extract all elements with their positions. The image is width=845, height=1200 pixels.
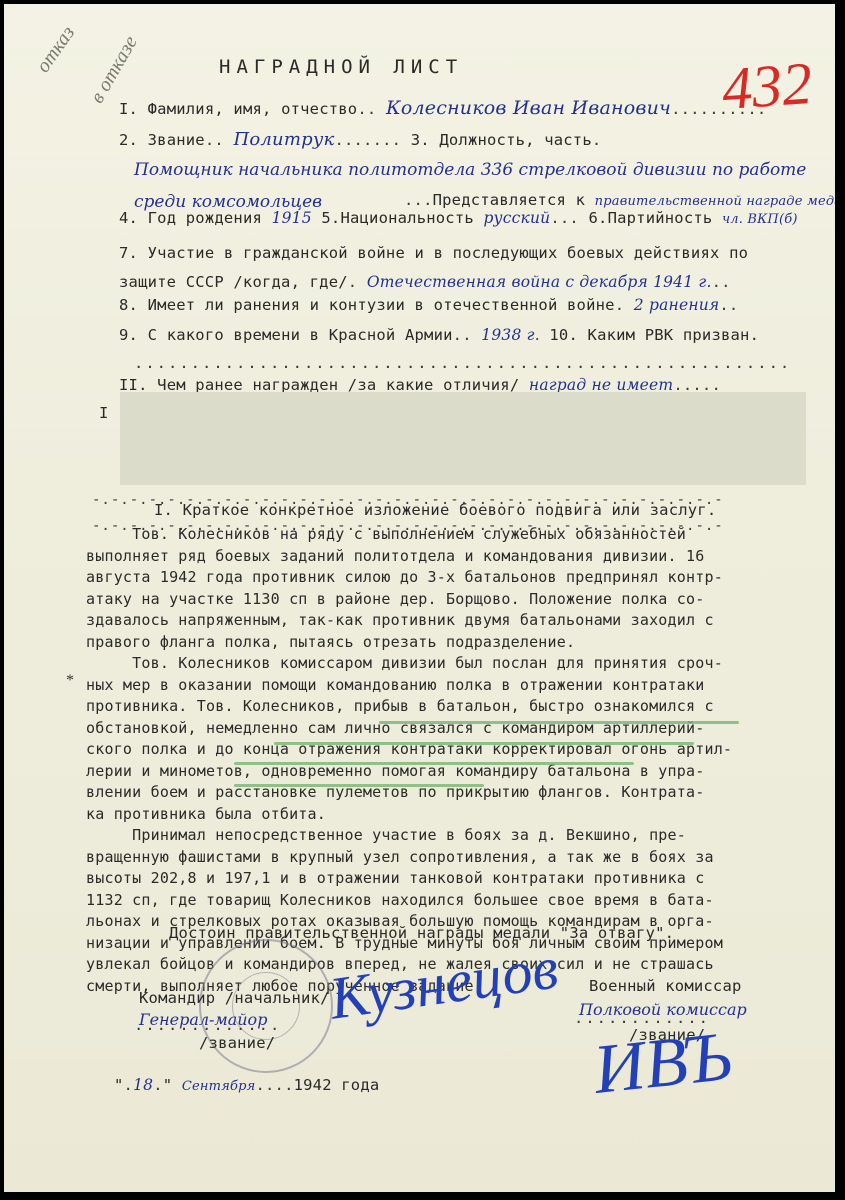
commissar-signature: ИВЪ [590, 1017, 735, 1111]
commander-label: Командир /начальник/ [139, 989, 330, 1007]
wounds-value: 2 ранения [634, 296, 720, 314]
birth-year-value: 1915 [272, 209, 312, 227]
conclusion: Достоин правительственной награды медали… [169, 924, 674, 942]
date-month: Сентября [182, 1079, 256, 1094]
field-nominated-value: правительственной награде медали „За отв… [595, 194, 835, 209]
commissar-label: Военный комиссар [589, 977, 742, 995]
field-rank-value: Политрук [233, 129, 334, 150]
field-rank: 2. Звание.. Политрук....... 3. Должность… [119, 129, 601, 150]
document-date: ".18." Сентября....1942 года [114, 1076, 379, 1094]
field-war-participation: 7. Участие в гражданской войне и в после… [119, 239, 809, 297]
army-since-value: 1938 г. [481, 326, 540, 344]
green-underline [234, 784, 484, 787]
award-sheet-page: отказ в отказе НАГРАДНОЙ ЛИСТ 432 I. Фам… [4, 4, 835, 1192]
green-underline [379, 721, 739, 724]
field-name: I. Фамилия, имя, отчество.. Колесников И… [119, 97, 766, 119]
party-value: чл. ВКП(б) [722, 212, 798, 227]
nationality-value: русский [483, 209, 550, 227]
date-day: 18 [133, 1076, 153, 1094]
margin-asterisk: * [66, 672, 74, 690]
document-title: НАГРАДНОЙ ЛИСТ [219, 56, 463, 78]
section-heading: I. Краткое конкретное изложение боевого … [154, 501, 716, 519]
field-army-since: 9. С какого времени в Красной Армии.. 19… [119, 326, 759, 344]
field-name-value: Колесников Иван Иванович [386, 97, 671, 119]
green-underline [274, 742, 694, 745]
date-year: 1942 года [294, 1076, 380, 1094]
dotted-line: ............. [134, 1016, 281, 1034]
field-wounds: 8. Имеет ли ранения и контузии в отечест… [119, 296, 738, 314]
commander-rank-caption: /звание/ [199, 1034, 275, 1052]
redacted-region [120, 392, 806, 485]
field-birth-nationality-party: 4. Год рождения 1915 5.Национальность ру… [119, 209, 798, 227]
redacted-marker: I [99, 404, 109, 422]
dotted-line: ........................................… [134, 354, 791, 372]
pencil-annotation: отказ [32, 22, 80, 77]
green-underline [234, 762, 634, 765]
field-nominated: ...Представляется к правительственной на… [404, 191, 835, 209]
war-participation-value: Отечественная война с декабря 1941 г. [367, 273, 712, 291]
